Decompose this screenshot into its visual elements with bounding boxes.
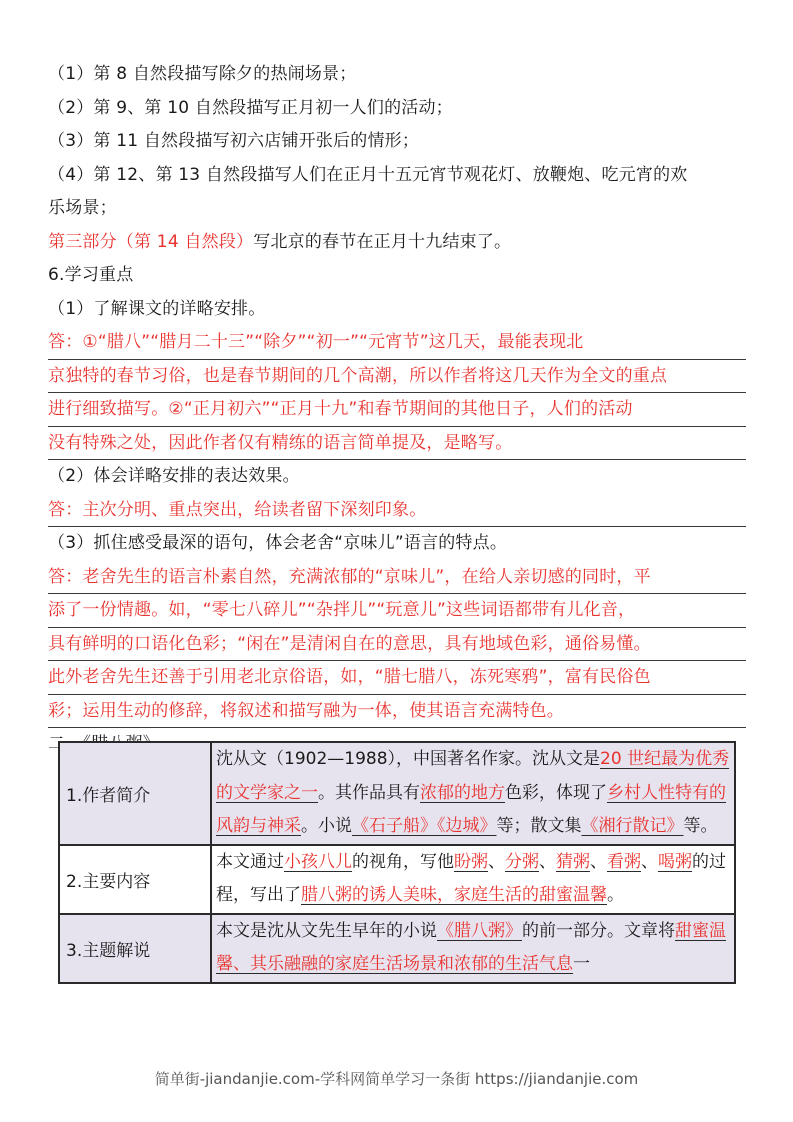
study-focus-heading: 6.学习重点: [48, 259, 746, 293]
text-segment: 色彩，体现了: [505, 783, 607, 803]
text-segment: 的前一部分。文章将: [522, 921, 675, 941]
row-label: 2.主要内容: [59, 845, 211, 914]
answer-3-line: 彩；运用生动的修辞，将叙述和描写融为一体，使其语言充满特色。: [48, 695, 746, 729]
row-label: 1.作者简介: [59, 742, 211, 845]
text-segment: 本文通过: [216, 852, 284, 872]
answer-3-line: 答：老舍先生的语言朴素自然，充满浓郁的“京味儿”，在给人亲切感的同时，平: [48, 561, 746, 595]
highlighted-term: 喝粥: [658, 852, 692, 872]
outline-item-4: （4）第 12、第 13 自然段描写人们在正月十五元宵节观花灯、放鞭炮、吃元宵的…: [48, 159, 746, 193]
highlighted-term: 分粥: [505, 852, 539, 872]
answer-1-line: 答：①“腊八”“腊月二十三”“除夕”“初一”“元宵节”这几天，最能表现北: [48, 326, 746, 360]
part-three: 第三部分（第 14 自然段）写北京的春节在正月十九结束了。: [48, 226, 746, 260]
part-three-text: 写北京的春节在正月十九结束了。: [253, 232, 511, 252]
row-content: 沈从文（1902—1988），中国著名作家。沈从文是20 世纪最为优秀的文学家之…: [211, 742, 735, 845]
answer-1-line: 没有特殊之处，因此作者仅有精练的语言简单提及，是略写。: [48, 427, 746, 461]
text-segment: 、: [590, 852, 607, 872]
highlighted-term: 《石子船》《边城》: [352, 816, 497, 836]
highlighted-term: 腊八粥的诱人美味，家庭生活的甜蜜温馨: [301, 885, 607, 905]
text-segment: 等。: [684, 816, 718, 836]
answer-3-line: 具有鲜明的口语化色彩；“闲在”是清闲自在的意思，具有地域色彩，通俗易懂。: [48, 628, 746, 662]
answer-3-line: 此外老舍先生还善于引用老北京俗语，如，“腊七腊八，冻死寒鸦”，富有民俗色: [48, 661, 746, 695]
highlighted-term: 《腊八粥》: [437, 921, 522, 941]
answer-2-line: 答：主次分明、重点突出，给读者留下深刻印象。: [48, 494, 746, 528]
text-segment: 的视角，写他: [352, 852, 454, 872]
footer-watermark: 简单街-jiandanjie.com-学科网简单学习一条街 https://ji…: [155, 1070, 639, 1088]
table-row-theme: 3.主题解说 本文是沈从文先生早年的小说《腊八粥》的前一部分。文章将甜蜜温馨、其…: [59, 914, 735, 983]
highlighted-term: 猜粥: [556, 852, 590, 872]
question-1: （1）了解课文的详略安排。: [48, 293, 746, 327]
row-content: 本文是沈从文先生早年的小说《腊八粥》的前一部分。文章将甜蜜温馨、其乐融融的家庭生…: [211, 914, 735, 983]
table-row-content: 2.主要内容 本文通过小孩八儿的视角，写他盼粥、分粥、猜粥、看粥、喝粥的过程，写…: [59, 845, 735, 914]
highlighted-term: 《湘行散记》: [582, 816, 684, 836]
answer-1-line: 进行细致描写。②“正月初六”“正月十九”和春节期间的其他日子，人们的活动: [48, 393, 746, 427]
document-page: （1）第 8 自然段描写除夕的热闹场景； （2）第 9、第 10 自然段描写正月…: [48, 58, 746, 762]
outline-item-2: （2）第 9、第 10 自然段描写正月初一人们的活动；: [48, 92, 746, 126]
text-segment: 本文是沈从文先生早年的小说: [216, 921, 437, 941]
page-footer: 简单街-jiandanjie.com-学科网简单学习一条街 https://ji…: [0, 1068, 793, 1089]
outline-item-1: （1）第 8 自然段描写除夕的热闹场景；: [48, 58, 746, 92]
part-three-label: 第三部分（第 14 自然段）: [48, 232, 253, 252]
text-segment: 、: [641, 852, 658, 872]
answer-1-line: 京独特的春节习俗，也是春节期间的几个高潮，所以作者将这几天作为全文的重点: [48, 360, 746, 394]
row-content: 本文通过小孩八儿的视角，写他盼粥、分粥、猜粥、看粥、喝粥的过程，写出了腊八粥的诱…: [211, 845, 735, 914]
outline-item-3: （3）第 11 自然段描写初六店铺开张后的情形；: [48, 125, 746, 159]
question-2: （2）体会详略安排的表达效果。: [48, 460, 746, 494]
text-segment: 等；散文集: [497, 816, 582, 836]
answer-3-line: 添了一份情趣。如，“零七八碎儿”“杂拌儿”“玩意儿”这些词语都带有儿化音，: [48, 594, 746, 628]
highlighted-term: 盼粥: [454, 852, 488, 872]
text-segment: 。: [607, 885, 624, 905]
highlighted-term: 浓郁的地方: [420, 783, 505, 803]
text-segment: 一: [573, 954, 590, 974]
question-3: （3）抓住感受最深的语句，体会老舍“京味儿”语言的特点。: [48, 527, 746, 561]
text-segment: 。小说: [301, 816, 352, 836]
text-segment: 沈从文（1902—1988），中国著名作家。沈从文是: [216, 749, 600, 769]
text-segment: 、: [539, 852, 556, 872]
text-segment: 。其作品具有: [318, 783, 420, 803]
text-segment: 、: [488, 852, 505, 872]
table-row-author: 1.作者简介 沈从文（1902—1988），中国著名作家。沈从文是20 世纪最为…: [59, 742, 735, 845]
outline-item-4-cont: 乐场景；: [48, 192, 746, 226]
laba-porridge-info-table: 1.作者简介 沈从文（1902—1988），中国著名作家。沈从文是20 世纪最为…: [58, 741, 736, 984]
highlighted-term: 看粥: [607, 852, 641, 872]
row-label: 3.主题解说: [59, 914, 211, 983]
highlighted-term: 小孩八儿: [284, 852, 352, 872]
